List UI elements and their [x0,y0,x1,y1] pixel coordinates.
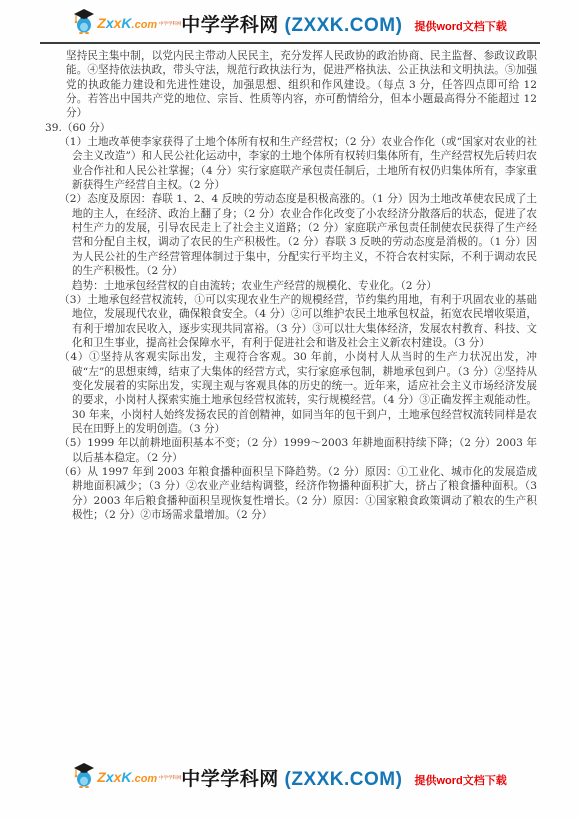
logo-letter: K [121,15,131,31]
footer-logo-tagline: 中学学科网 [159,775,164,780]
logo-letter: x [106,769,114,785]
graduate-mascot-icon [73,8,95,38]
site-domain: (ZXXK.COM) [285,15,403,36]
question-39-heading: 39.（60 分） [45,121,537,135]
header: ZxxK.com 中学学科网 中学学科网 (ZXXK.COM) 提供word文档… [0,0,580,40]
answer-item-1: （1）土地改革使李家获得了土地个体所有权和生产经营权；（2 分）农业合作化（或“… [45,135,537,192]
answer-item-2: （2）态度及原因：春联 1、2、4 反映的劳动态度是积极高涨的。（1 分）因为土… [45,192,537,292]
logo-letter: .com [132,773,158,785]
answer-item-4: （4）①坚持从客观实际出发，主观符合客观。30 年前，小岗村人从当时的生产力状况… [45,350,537,436]
footer-brandbar: ZxxK.com 中学学科网 中学学科网 (ZXXK.COM) 提供word文档… [0,754,580,794]
footer-site-logo: ZxxK.com 中学学科网 [73,762,169,792]
logo-letter: K [121,769,131,785]
footer-site-title: 中学学科网 (ZXXK.COM) [181,764,402,791]
site-logo: ZxxK.com 中学学科网 [73,8,169,38]
logo-letter: .com [132,19,158,31]
logo-letter: x [106,15,114,31]
scanned-document-page: ZxxK.com 中学学科网 中学学科网 (ZXXK.COM) 提供word文档… [0,0,580,820]
footer-site-name: 中学学科网 [181,769,279,790]
answer-item-2-trend: 趋势：土地承包经营权的自由流转；农业生产经营的规模化、专业化。（2 分） [72,279,537,293]
answer-item-3: （3）土地承包经营权流转，①可以实现农业生产的规模经营，节约集约用地，有利于巩固… [45,293,537,350]
answer-item-2-text: （2）态度及原因：春联 1、2、4 反映的劳动态度是积极高涨的。（1 分）因为土… [72,192,537,278]
site-title: 中学学科网 (ZXXK.COM) [181,10,402,37]
site-name: 中学学科网 [181,15,279,36]
footer-site-domain: (ZXXK.COM) [285,769,403,790]
graduate-mascot-icon [73,762,95,792]
logo-letter: Z [97,15,106,31]
answer-item-5: （5）1999 年以前耕地面积基本不变；（2 分）1999～2003 年耕地面积… [45,436,537,465]
logo-tagline: 中学学科网 [159,21,164,26]
footer-logo-wordmark: ZxxK.com [97,769,157,785]
answer-38-continuation: 坚持民主集中制，以党内民主带动人民民主，充分发挥人民政协的政治协商、民主监督、参… [45,49,537,121]
logo-letter: Z [97,769,106,785]
answer-sheet-content: 坚持民主集中制，以党内民主带动人民民主，充分发挥人民政协的政治协商、民主监督、参… [0,44,580,522]
footer: ZxxK.com 中学学科网 中学学科网 (ZXXK.COM) 提供word文档… [0,754,580,794]
answer-item-6: （6）从 1997 年到 2003 年粮食播种面积呈下降趋势。（2 分）原因：①… [45,465,537,522]
logo-wordmark: ZxxK.com [97,15,157,31]
promo-label: 提供word文档下载 [414,18,506,34]
footer-promo-label: 提供word文档下载 [414,772,506,788]
